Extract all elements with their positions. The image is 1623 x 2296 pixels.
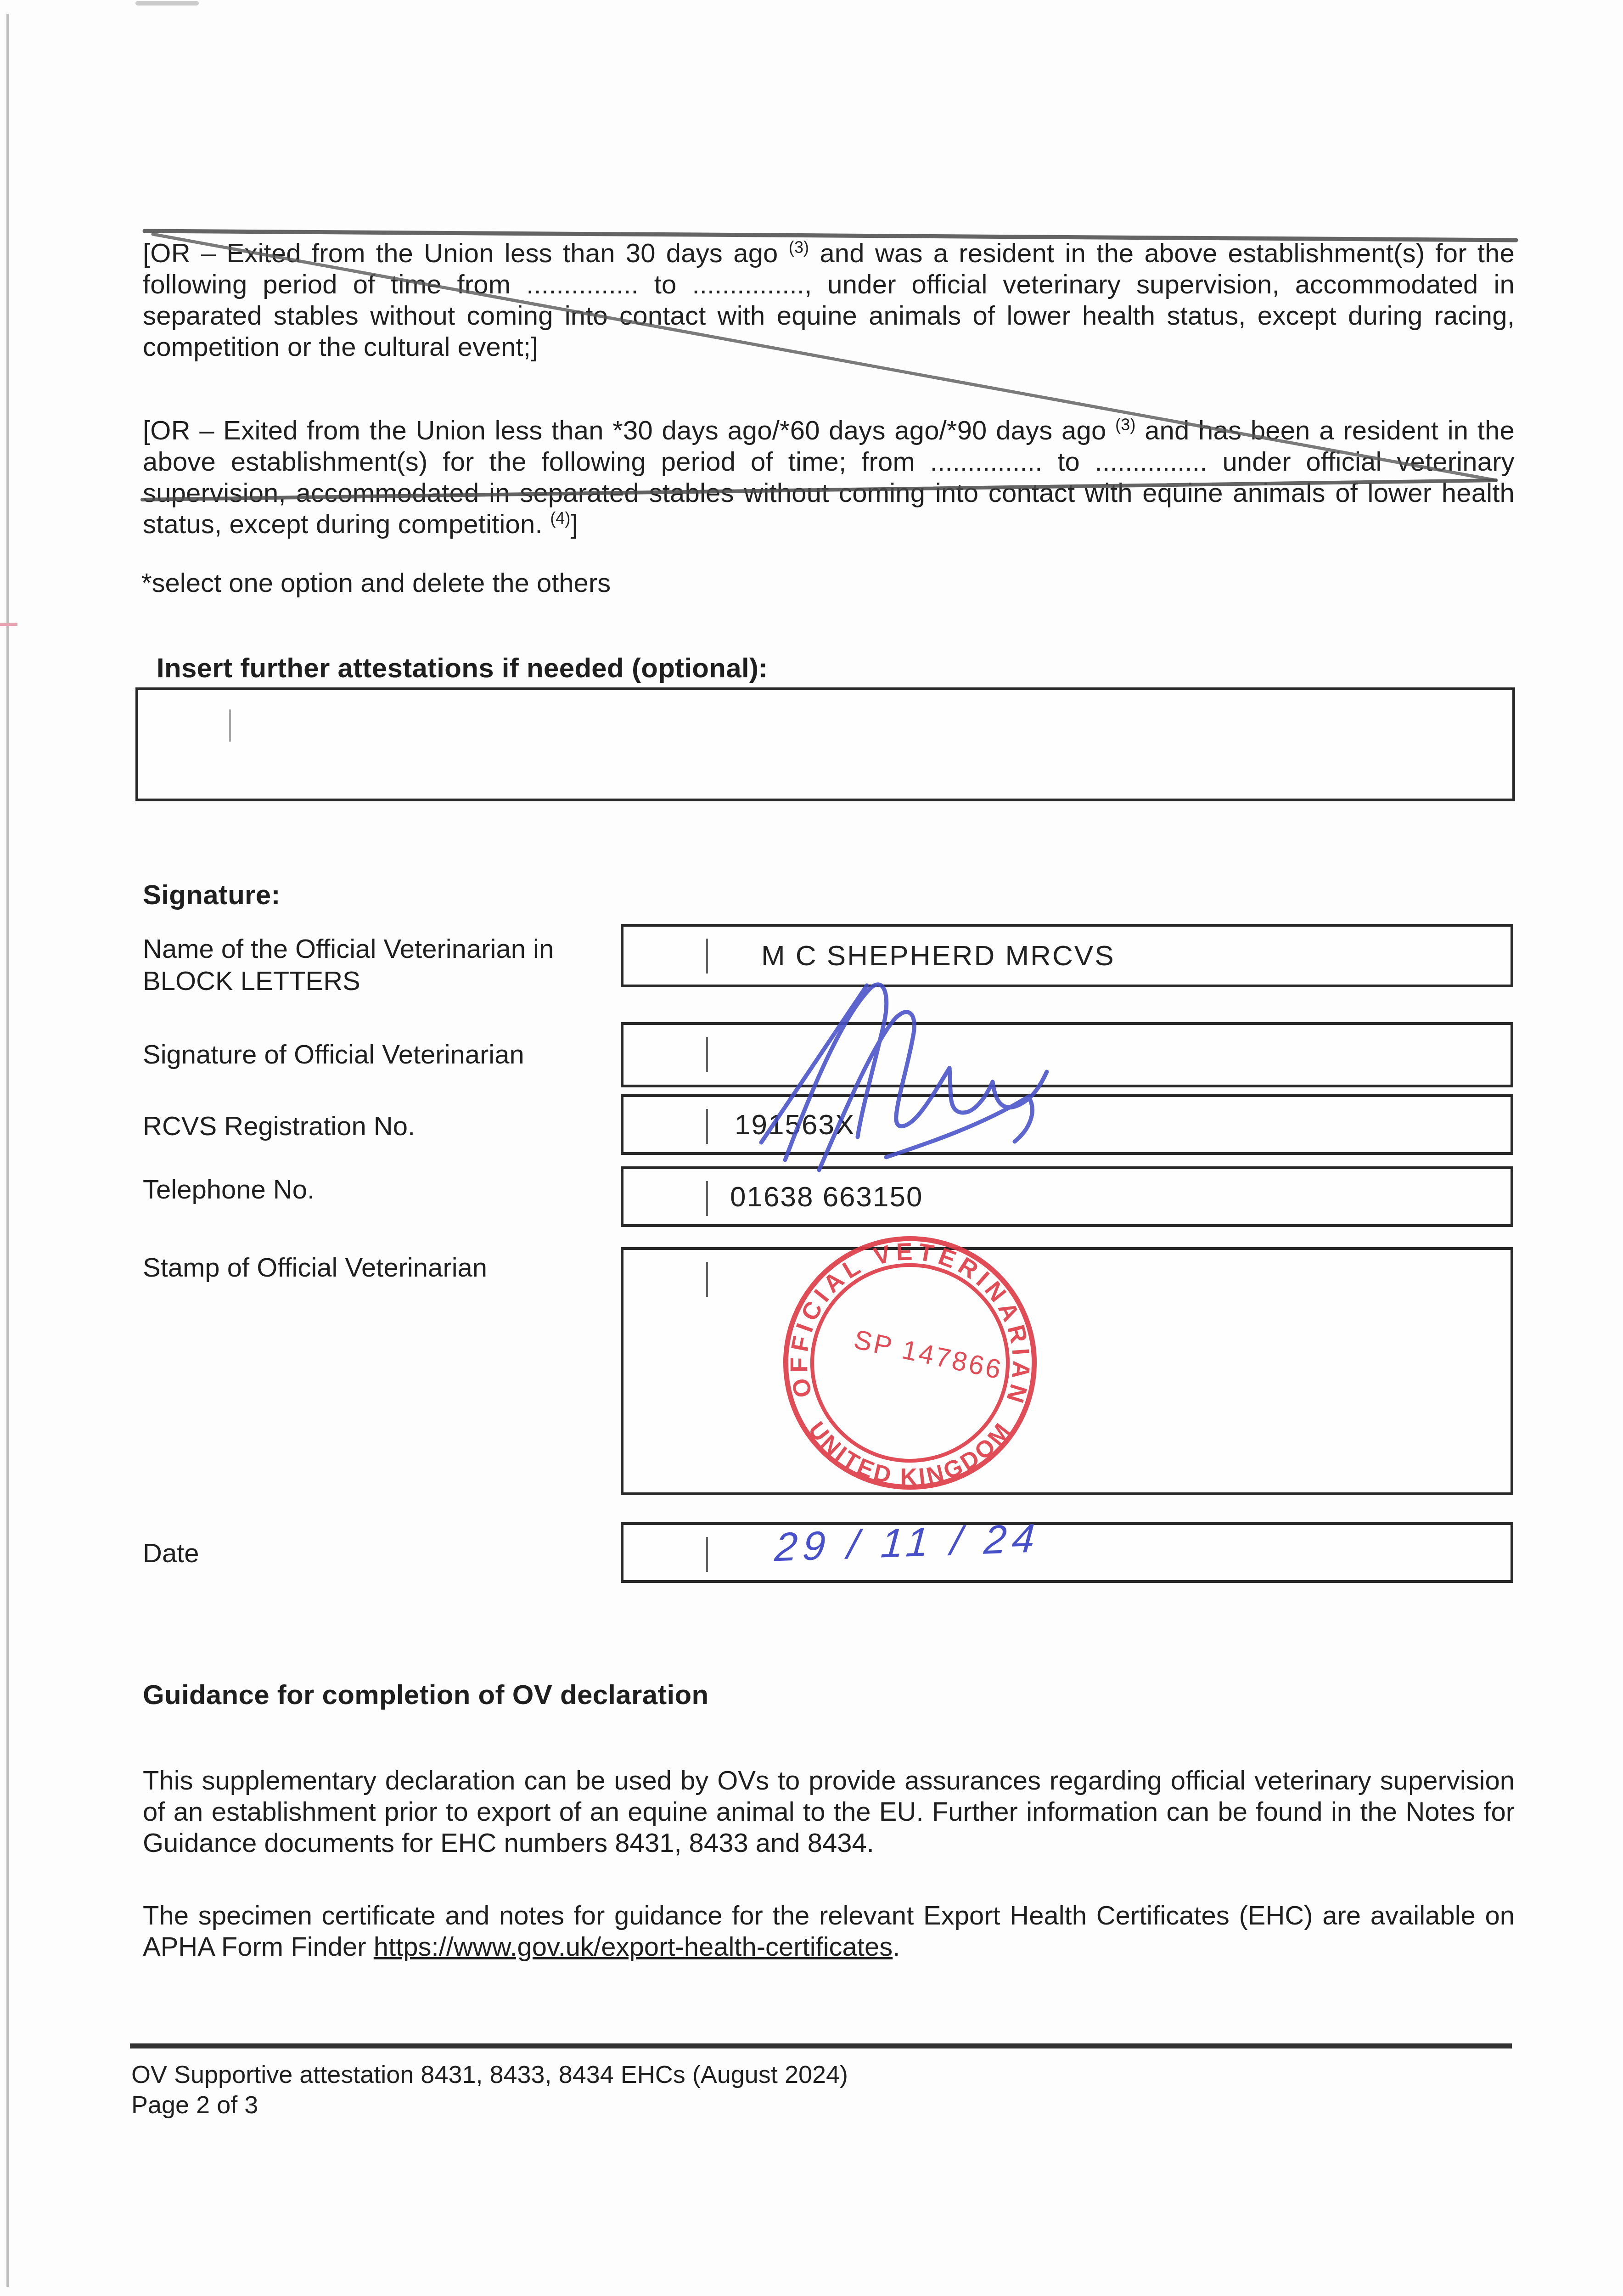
field-box-telephone[interactable]: 01638 663150	[621, 1166, 1513, 1227]
field-box-rcvs-number[interactable]: 191563X	[621, 1094, 1513, 1155]
footnote-ref-4: (4)	[550, 509, 571, 528]
field-box-ov-name[interactable]: M C SHEPHERD MRCVS	[621, 924, 1513, 987]
field-box-date[interactable]: 29 / 11 / 24	[621, 1522, 1513, 1583]
page-edge-pink-mark	[0, 623, 17, 626]
option2-text-post: ]	[571, 509, 578, 539]
scanned-document-page: [OR – Exited from the Union less than 30…	[0, 0, 1623, 2296]
guidance-paragraph-1: This supplementary declaration can be us…	[143, 1765, 1515, 1859]
box-tick-mark	[229, 709, 231, 742]
attestations-heading: Insert further attestations if needed (o…	[157, 652, 768, 684]
field-label-stamp: Stamp of Official Veterinarian	[143, 1252, 611, 1284]
footer-document-title: OV Supportive attestation 8431, 8433, 84…	[131, 2060, 848, 2089]
box-tick-mark	[706, 1037, 708, 1072]
box-tick-mark	[706, 939, 708, 974]
guidance-para2-suffix: .	[893, 1932, 900, 1962]
footnote-ref-3b: (3)	[1115, 415, 1136, 434]
field-box-stamp[interactable]	[621, 1247, 1513, 1495]
footer-divider	[130, 2043, 1512, 2048]
ov-name-value: M C SHEPHERD MRCVS	[623, 940, 1115, 972]
telephone-value: 01638 663150	[623, 1181, 923, 1213]
footer-page-number: Page 2 of 3	[131, 2090, 258, 2120]
option1-text-pre: [OR – Exited from the Union less than 30…	[143, 238, 789, 268]
guidance-heading: Guidance for completion of OV declaratio…	[143, 1679, 708, 1711]
box-tick-mark	[706, 1181, 708, 1216]
option1-paragraph: [OR – Exited from the Union less than 30…	[143, 238, 1515, 363]
field-label-date: Date	[143, 1537, 611, 1570]
field-box-signature[interactable]	[621, 1022, 1513, 1087]
attestations-input-box[interactable]	[135, 687, 1515, 801]
field-label-signature: Signature of Official Veterinarian	[143, 1039, 611, 1071]
export-health-certificates-link[interactable]: https://www.gov.uk/export-health-certifi…	[374, 1932, 893, 1962]
handwritten-date: 29 / 11 / 24	[622, 1514, 1041, 1576]
scan-smudge	[135, 1, 199, 6]
option2-paragraph: [OR – Exited from the Union less than *3…	[143, 415, 1515, 540]
field-label-ov-name: Name of the Official Veterinarian in BLO…	[143, 933, 611, 997]
guidance-paragraph-2: The specimen certificate and notes for g…	[143, 1900, 1515, 1963]
box-tick-mark	[706, 1109, 708, 1144]
box-tick-mark	[706, 1262, 708, 1297]
rcvs-number-value: 191563X	[623, 1109, 855, 1141]
field-label-rcvs-number: RCVS Registration No.	[143, 1110, 611, 1142]
signature-heading: Signature:	[143, 879, 281, 911]
option2-text-pre: [OR – Exited from the Union less than *3…	[143, 416, 1115, 445]
footnote-ref-3: (3)	[789, 238, 809, 257]
select-option-note: *select one option and delete the others	[141, 568, 611, 598]
page-edge-scan-line	[6, 14, 9, 2287]
field-label-telephone: Telephone No.	[143, 1174, 611, 1206]
